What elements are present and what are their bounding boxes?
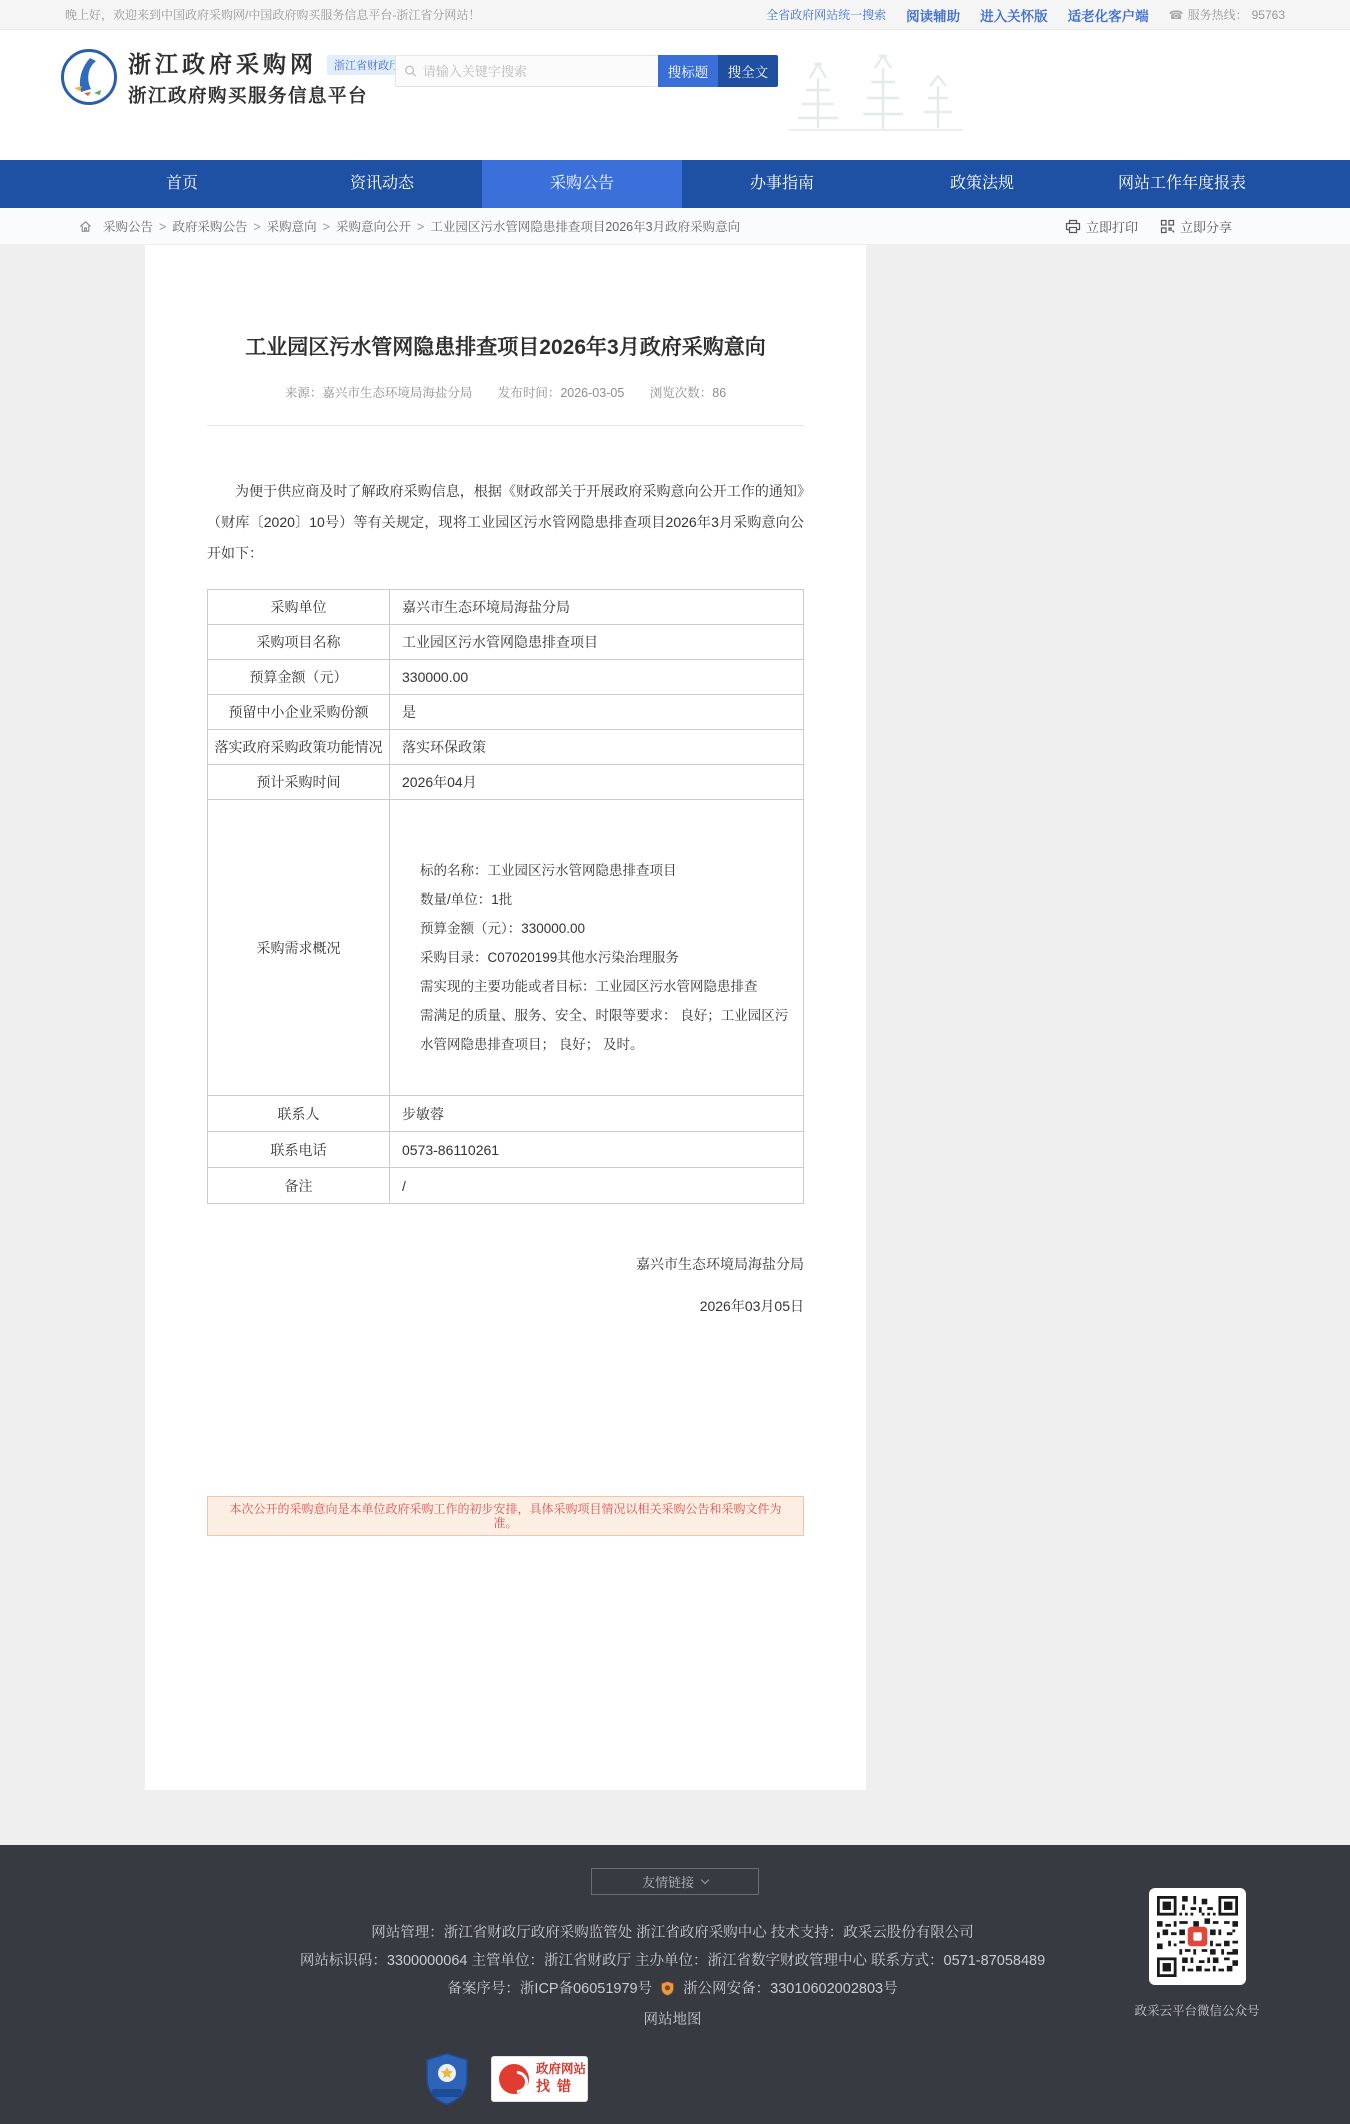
- main-navigation: 首页 资讯动态 采购公告 办事指南 政策法规 网站工作年度报表: [0, 160, 1350, 208]
- demand-summary-content: 标的名称：工业园区污水管网隐患排查项目 数量/单位：1批 预算金额（元）：330…: [390, 800, 803, 1095]
- meta-source: 来源：嘉兴市生态环境局海盐分局: [285, 386, 473, 400]
- police-registration-number: 浙公网安备：33010602002803号: [683, 1981, 897, 1997]
- site-footer: 友情链接 网站管理：浙江省财政厅政府采购监管处 浙江省政府采购中心 技术支持：政…: [0, 1845, 1350, 2124]
- care-version-link[interactable]: 进入关怀版: [980, 5, 1048, 25]
- site-branding: 浙江政府采购网浙江省财政厅 浙江政府购买服务信息平台: [128, 46, 407, 108]
- table-row: 备注 /: [208, 1168, 804, 1204]
- wechat-qr-block: 政采云平台微信公众号: [1117, 1888, 1277, 2019]
- intro-paragraph: 为便于供应商及时了解政府采购信息，根据《财政部关于开展政府采购意向公开工作的通知…: [207, 476, 804, 569]
- printer-icon: [1065, 219, 1081, 234]
- friend-links-dropdown[interactable]: 友情链接: [591, 1868, 759, 1895]
- topbar: 晚上好，欢迎来到中国政府采购网/中国政府购买服务信息平台-浙江省分网站！ 全省政…: [0, 0, 1350, 30]
- page-title: 工业园区污水管网隐患排查项目2026年3月政府采购意向: [207, 333, 804, 363]
- print-action[interactable]: 立即打印: [1065, 217, 1138, 236]
- qr-share-icon: [1160, 219, 1175, 234]
- nav-tab-service-guide[interactable]: 办事指南: [682, 160, 882, 208]
- unified-search-link[interactable]: 全省政府网站统一搜索: [766, 6, 886, 23]
- share-action[interactable]: 立即分享: [1160, 217, 1232, 236]
- site-subtitle: 浙江政府购买服务信息平台: [128, 82, 407, 108]
- search-title-button[interactable]: 搜标题: [658, 55, 718, 87]
- site-header: 浙江政府采购网浙江省财政厅 浙江政府购买服务信息平台 搜标题 搜全文: [0, 30, 1350, 160]
- signature-date: 2026年03月05日: [207, 1296, 804, 1316]
- meta-views: 浏览次数：86: [650, 386, 726, 400]
- sitemap-link[interactable]: 网站地图: [644, 2012, 702, 2028]
- crumb-intention-disclosure[interactable]: 采购意向公开: [323, 217, 411, 235]
- qr-caption: 政采云平台微信公众号: [1117, 2001, 1277, 2019]
- site-logo-icon: [60, 48, 118, 106]
- crumb-procurement-announcements[interactable]: 采购公告: [103, 217, 153, 235]
- phone-icon: ☎: [1169, 8, 1184, 22]
- error-report-logo-icon: [499, 2064, 529, 2094]
- service-hotline: ☎ 服务热线：95763: [1169, 6, 1285, 23]
- qr-code-image: [1157, 1896, 1238, 1977]
- nav-tab-annual-report[interactable]: 网站工作年度报表: [1082, 160, 1282, 208]
- pagoda-watermark-decoration: [788, 38, 963, 133]
- police-badge-icon: [661, 1978, 674, 2006]
- table-row: 联系电话 0573-86110261: [208, 1132, 804, 1168]
- nav-tab-policies[interactable]: 政策法规: [882, 160, 1082, 208]
- article-meta: 来源：嘉兴市生态环境局海盐分局 发布时间：2026-03-05 浏览次数：86: [207, 383, 804, 401]
- hotline-label: 服务热线：: [1188, 6, 1248, 23]
- table-row: 预计采购时间 2026年04月: [208, 765, 804, 800]
- search-icon: [404, 64, 417, 78]
- table-row: 预留中小企业采购份额 是: [208, 695, 804, 730]
- meta-publish-time: 发布时间：2026-03-05: [498, 386, 624, 400]
- signature-org: 嘉兴市生态环境局海盐分局: [207, 1254, 804, 1274]
- disclaimer-notice: 本次公开的采购意向是本单位政府采购工作的初步安排，具体采购项目情况以相关采购公告…: [207, 1496, 804, 1536]
- search-input[interactable]: [423, 64, 650, 79]
- table-row-demand-summary: 采购需求概况 标的名称：工业园区污水管网隐患排查项目 数量/单位：1批 预算金额…: [208, 800, 804, 1096]
- table-row: 联系人 步敏蓉: [208, 1096, 804, 1132]
- welcome-greeting: 晚上好，欢迎来到中国政府采购网/中国政府购买服务信息平台-浙江省分网站！: [65, 6, 480, 23]
- reading-aid-link[interactable]: 阅读辅助: [906, 5, 960, 25]
- nav-tab-news[interactable]: 资讯动态: [282, 160, 482, 208]
- divider: [207, 425, 804, 426]
- chevron-down-icon: [701, 1875, 709, 1883]
- breadcrumb-bar: 采购公告 政府采购公告 采购意向 采购意向公开 工业园区污水管网隐患排查项目20…: [0, 208, 1350, 245]
- table-row: 落实政府采购政策功能情况 落实环保政策: [208, 730, 804, 765]
- hotline-number: 95763: [1252, 8, 1285, 22]
- search-bar: 搜标题 搜全文: [395, 55, 778, 87]
- nav-tab-home[interactable]: 首页: [82, 160, 282, 208]
- breadcrumb: 采购公告 政府采购公告 采购意向 采购意向公开 工业园区污水管网隐患排查项目20…: [78, 217, 740, 235]
- elderly-client-link[interactable]: 适老化客户端: [1068, 5, 1149, 25]
- table-row: 采购单位 嘉兴市生态环境局海盐分局: [208, 590, 804, 625]
- nav-tab-procurement-announcements[interactable]: 采购公告: [482, 160, 682, 208]
- search-fulltext-button[interactable]: 搜全文: [718, 55, 778, 87]
- home-icon[interactable]: [78, 219, 93, 234]
- article-card: 工业园区污水管网隐患排查项目2026年3月政府采购意向 来源：嘉兴市生态环境局海…: [145, 245, 866, 1790]
- site-name: 浙江政府采购网: [128, 51, 317, 77]
- crumb-current-page: 工业园区污水管网隐患排查项目2026年3月政府采购意向: [417, 217, 740, 235]
- table-row: 预算金额（元） 330000.00: [208, 660, 804, 695]
- main-content-area: 工业园区污水管网隐患排查项目2026年3月政府采购意向 来源：嘉兴市生态环境局海…: [0, 245, 1350, 1845]
- gov-website-error-report-badge[interactable]: 政府网站 找错: [491, 2056, 588, 2102]
- icp-number: 备案序号：浙ICP备06051979号: [447, 1981, 652, 1997]
- org-shield-badge-icon[interactable]: [425, 2052, 469, 2106]
- crumb-procurement-intention[interactable]: 采购意向: [253, 217, 316, 235]
- procurement-intention-table: 采购单位 嘉兴市生态环境局海盐分局 采购项目名称 工业园区污水管网隐患排查项目 …: [207, 589, 804, 1204]
- crumb-gov-procurement-announcements[interactable]: 政府采购公告: [159, 217, 247, 235]
- table-row: 采购项目名称 工业园区污水管网隐患排查项目: [208, 625, 804, 660]
